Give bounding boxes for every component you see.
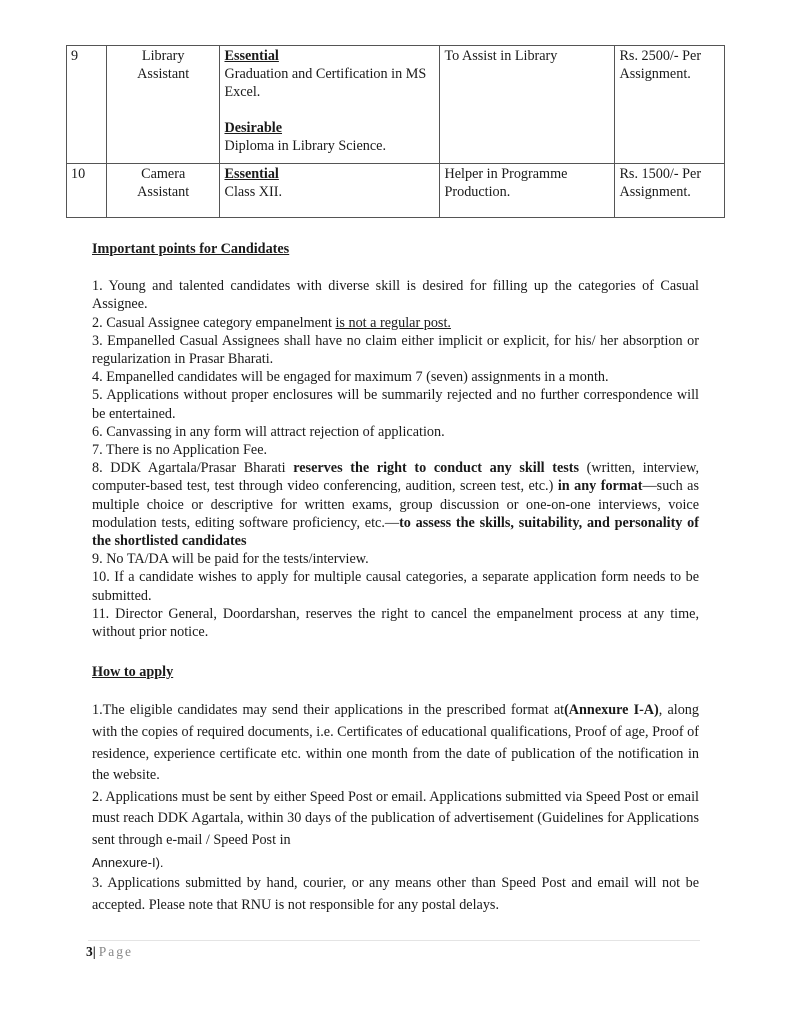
document-page: 9 Library Assistant Essential Graduation… bbox=[0, 0, 791, 1024]
table-row: 9 Library Assistant Essential Graduation… bbox=[67, 46, 725, 164]
how-to-apply-heading: How to apply bbox=[92, 663, 699, 681]
how-to-apply-list: 1.The eligible candidates may send their… bbox=[92, 700, 699, 916]
point-2-underlined: is not a regular post. bbox=[335, 315, 450, 331]
apply-step-2-annexure: Annexure-I). bbox=[92, 852, 699, 874]
posts-table: 9 Library Assistant Essential Graduation… bbox=[66, 45, 725, 218]
point-2-text: 2. Casual Assignee category empanelment bbox=[92, 315, 335, 331]
point-3: 3. Empanelled Casual Assignees shall hav… bbox=[92, 332, 699, 368]
annexure-reference: (Annexure I-A) bbox=[564, 702, 659, 718]
post-name-cell: Library Assistant bbox=[106, 46, 220, 164]
role-cell: Helper in Programme Production. bbox=[440, 164, 615, 218]
point-4: 4. Empanelled candidates will be engaged… bbox=[92, 368, 699, 386]
post-name-line: Library bbox=[111, 47, 216, 65]
post-name-line: Assistant bbox=[111, 65, 216, 83]
important-points-list: 1. Young and talented candidates with di… bbox=[92, 277, 699, 641]
footer-divider bbox=[88, 940, 700, 941]
desirable-label: Desirable bbox=[224, 119, 435, 137]
qualification-cell: Essential Class XII. bbox=[220, 164, 440, 218]
essential-label: Essential bbox=[224, 47, 435, 65]
role-cell: To Assist in Library bbox=[440, 46, 615, 164]
post-name-cell: Camera Assistant bbox=[106, 164, 220, 218]
point-2: 2. Casual Assignee category empanelment … bbox=[92, 314, 699, 332]
point-6: 6. Canvassing in any form will attract r… bbox=[92, 423, 699, 441]
desirable-text: Diploma in Library Science. bbox=[224, 137, 435, 155]
point-5: 5. Applications without proper enclosure… bbox=[92, 386, 699, 422]
post-name-line: Camera bbox=[111, 165, 216, 183]
point-8-bold: reserves the right to conduct any skill … bbox=[293, 460, 579, 476]
point-8-bold: in any format bbox=[558, 478, 643, 494]
point-8: 8. DDK Agartala/Prasar Bharati reserves … bbox=[92, 459, 699, 550]
body-content: Important points for Candidates 1. Young… bbox=[92, 240, 699, 916]
qualification-cell: Essential Graduation and Certification i… bbox=[220, 46, 440, 164]
page-footer: 3|Page bbox=[86, 944, 133, 960]
essential-text: Class XII. bbox=[224, 183, 435, 201]
apply-step-1: 1.The eligible candidates may send their… bbox=[92, 700, 699, 786]
apply-step-2: 2. Applications must be sent by either S… bbox=[92, 787, 699, 852]
point-10: 10. If a candidate wishes to apply for m… bbox=[92, 568, 699, 604]
point-1: 1. Young and talented candidates with di… bbox=[92, 277, 699, 313]
post-name-line: Assistant bbox=[111, 183, 216, 201]
essential-label: Essential bbox=[224, 165, 435, 183]
table-row: 10 Camera Assistant Essential Class XII.… bbox=[67, 164, 725, 218]
page-number: 3 bbox=[86, 944, 93, 959]
point-9: 9. No TA/DA will be paid for the tests/i… bbox=[92, 550, 699, 568]
point-8-text: 8. DDK Agartala/Prasar Bharati bbox=[92, 460, 293, 476]
apply-step-3: 3. Applications submitted by hand, couri… bbox=[92, 873, 699, 916]
page-separator: | bbox=[93, 944, 96, 959]
apply-step-2-text: 2. Applications must be sent by either S… bbox=[92, 789, 699, 848]
important-points-heading: Important points for Candidates bbox=[92, 240, 699, 258]
apply-step-1-text: 1.The eligible candidates may send their… bbox=[92, 702, 564, 718]
point-11: 11. Director General, Doordarshan, reser… bbox=[92, 605, 699, 641]
point-7: 7. There is no Application Fee. bbox=[92, 441, 699, 459]
essential-text: Graduation and Certification in MS Excel… bbox=[224, 65, 435, 101]
remuneration-cell: Rs. 2500/- Per Assignment. bbox=[615, 46, 725, 164]
serial-number-cell: 10 bbox=[67, 164, 107, 218]
remuneration-cell: Rs. 1500/- Per Assignment. bbox=[615, 164, 725, 218]
page-label: Page bbox=[99, 944, 133, 959]
serial-number-cell: 9 bbox=[67, 46, 107, 164]
